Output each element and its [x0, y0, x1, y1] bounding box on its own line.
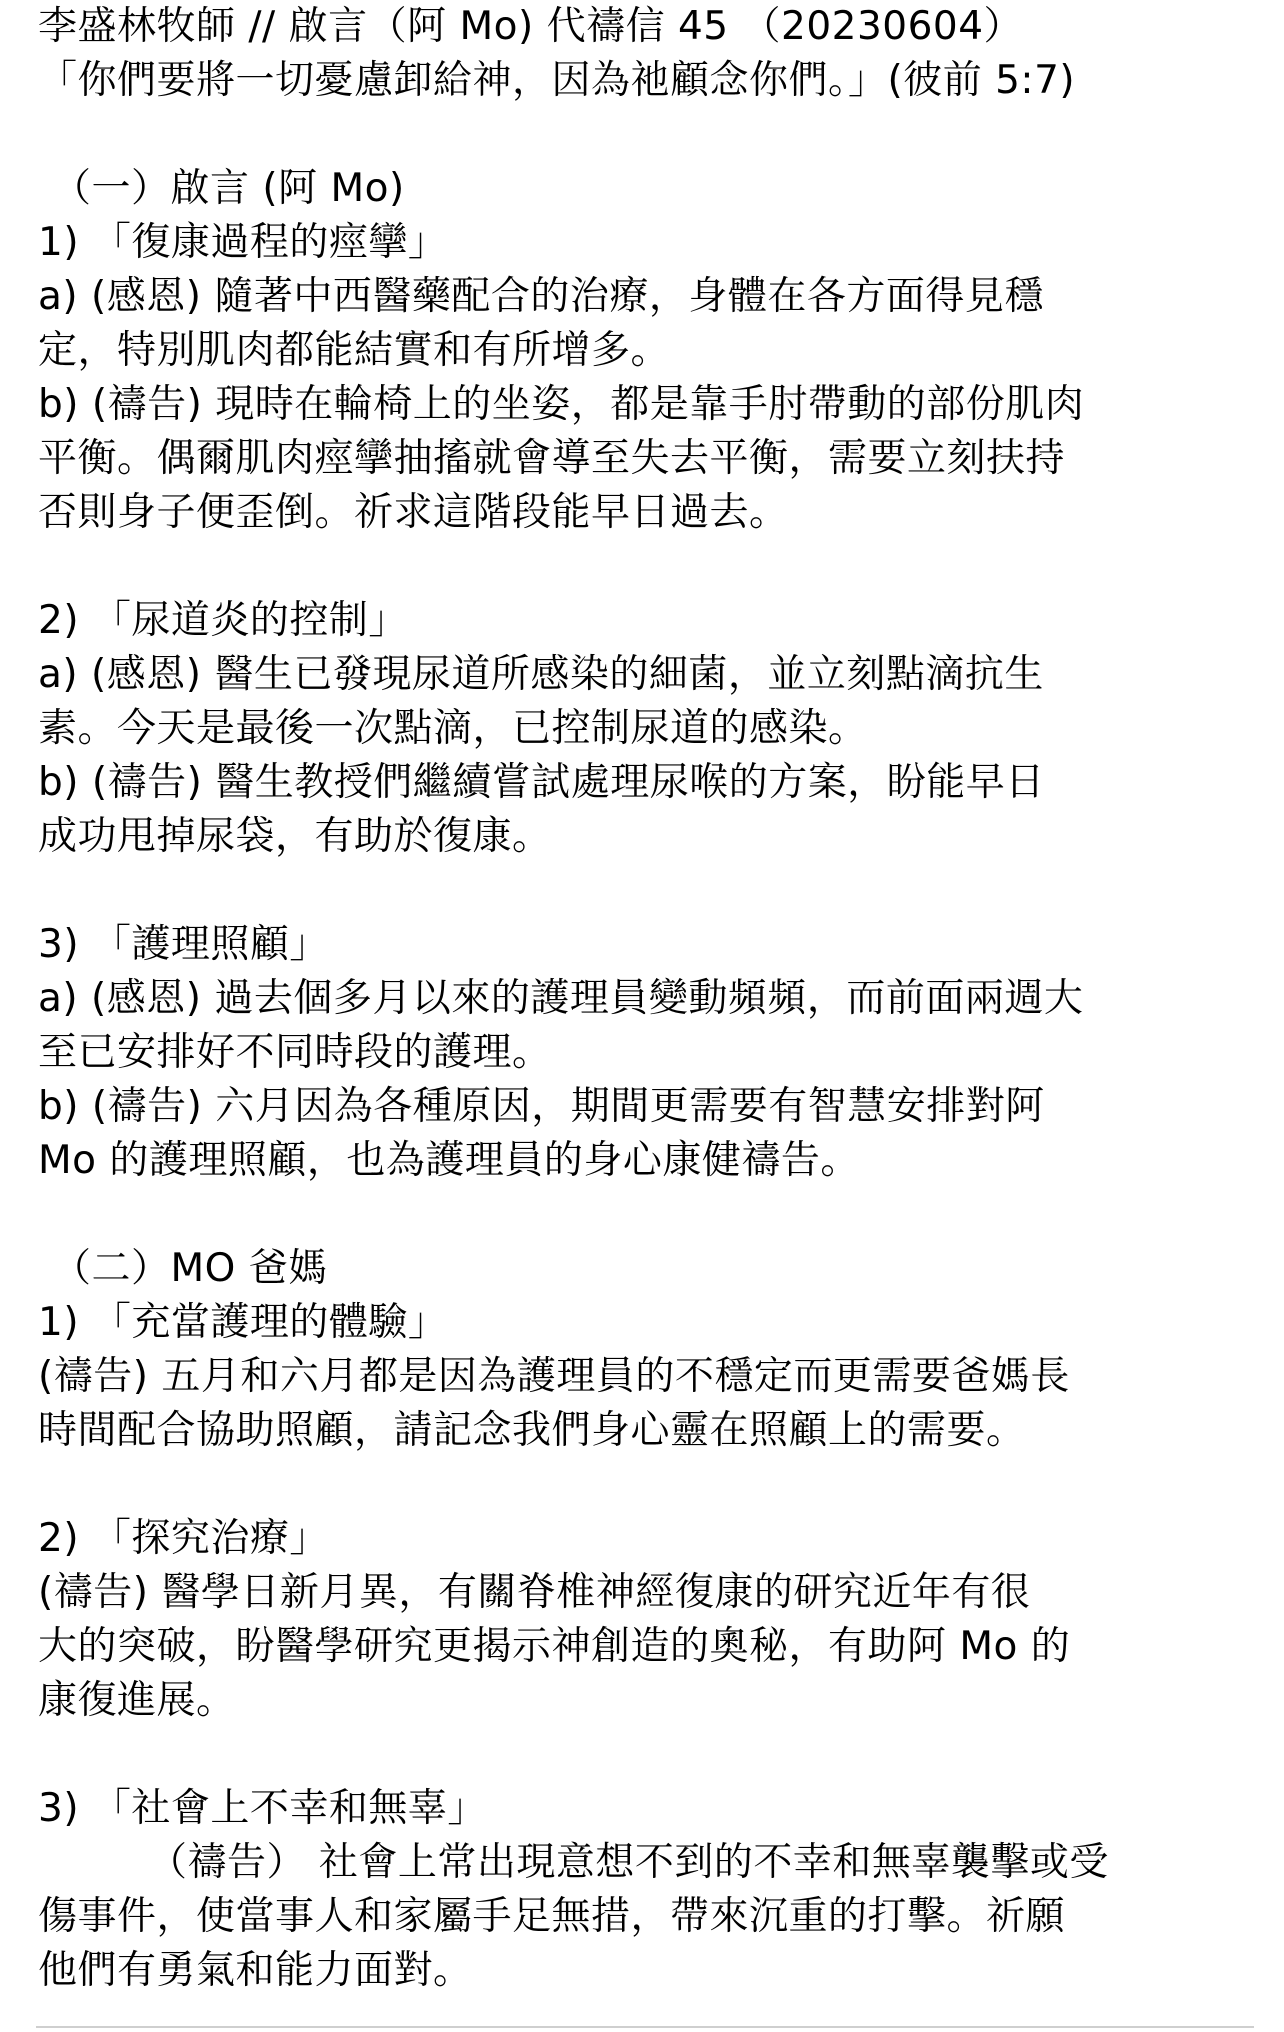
item-title: 2) 「探究治療」	[38, 1512, 1258, 1566]
item-line: 他們有勇氣和能力面對。	[38, 1944, 1258, 1998]
item-line: 否則身子便歪倒。祈求這階段能早日過去。	[38, 486, 1258, 540]
item-line: b) (禱告) 現時在輪椅上的坐姿，都是靠手肘帶動的部份肌肉	[38, 378, 1258, 432]
item-line: Mo 的護理照顧，也為護理員的身心康健禱告。	[38, 1134, 1258, 1188]
scripture-verse: 「你們要將一切憂慮卸給神，因為祂顧念你們。」(彼前 5:7)	[38, 54, 1258, 108]
item-line: （禱告） 社會上常出現意想不到的不幸和無辜襲擊或受	[38, 1836, 1258, 1890]
item-line: 康復進展。	[38, 1674, 1258, 1728]
section-heading-1: （一）啟言 (阿 Mo)	[38, 162, 1258, 216]
item-title: 2) 「尿道炎的控制」	[38, 594, 1258, 648]
spacer	[38, 1188, 1258, 1242]
item-title: 3) 「社會上不幸和無辜」	[38, 1782, 1258, 1836]
item-line: 時間配合協助照顧，請記念我們身心靈在照顧上的需要。	[38, 1404, 1258, 1458]
spacer	[38, 540, 1258, 594]
item-line: (禱告) 五月和六月都是因為護理員的不穩定而更需要爸媽長	[38, 1350, 1258, 1404]
spacer	[38, 108, 1258, 162]
item-line: 大的突破，盼醫學研究更揭示神創造的奧秘，有助阿 Mo 的	[38, 1620, 1258, 1674]
item-line: b) (禱告) 醫生教授們繼續嘗試處理尿喉的方案，盼能早日	[38, 756, 1258, 810]
item-line: 平衡。偶爾肌肉痙攣抽搐就會導至失去平衡，需要立刻扶持	[38, 432, 1258, 486]
item-line: 定，特別肌肉都能結實和有所增多。	[38, 324, 1258, 378]
spacer	[38, 1458, 1258, 1512]
bottom-divider	[36, 2026, 1254, 2028]
spacer	[38, 864, 1258, 918]
spacer	[38, 1728, 1258, 1782]
item-line: (禱告) 醫學日新月異，有關脊椎神經復康的研究近年有很	[38, 1566, 1258, 1620]
item-line: a) (感恩) 隨著中西醫藥配合的治療，身體在各方面得見穩	[38, 270, 1258, 324]
item-title: 3) 「護理照顧」	[38, 918, 1258, 972]
item-title: 1) 「復康過程的痙攣」	[38, 216, 1258, 270]
item-line: a) (感恩) 醫生已發現尿道所感染的細菌，並立刻點滴抗生	[38, 648, 1258, 702]
item-line: 至已安排好不同時段的護理。	[38, 1026, 1258, 1080]
prayer-letter-document: 李盛林牧師 // 啟言（阿 Mo) 代禱信 45 （20230604） 「你們要…	[38, 0, 1258, 1998]
item-line: 傷事件，使當事人和家屬手足無措，帶來沉重的打擊。祈願	[38, 1890, 1258, 1944]
document-title: 李盛林牧師 // 啟言（阿 Mo) 代禱信 45 （20230604）	[38, 0, 1258, 54]
item-line: a) (感恩) 過去個多月以來的護理員變動頻頻，而前面兩週大	[38, 972, 1258, 1026]
item-title: 1) 「充當護理的體驗」	[38, 1296, 1258, 1350]
item-line: 素。今天是最後一次點滴，已控制尿道的感染。	[38, 702, 1258, 756]
item-line: 成功甩掉尿袋，有助於復康。	[38, 810, 1258, 864]
section-heading-2: （二）MO 爸媽	[38, 1242, 1258, 1296]
item-line: b) (禱告) 六月因為各種原因，期間更需要有智慧安排對阿	[38, 1080, 1258, 1134]
